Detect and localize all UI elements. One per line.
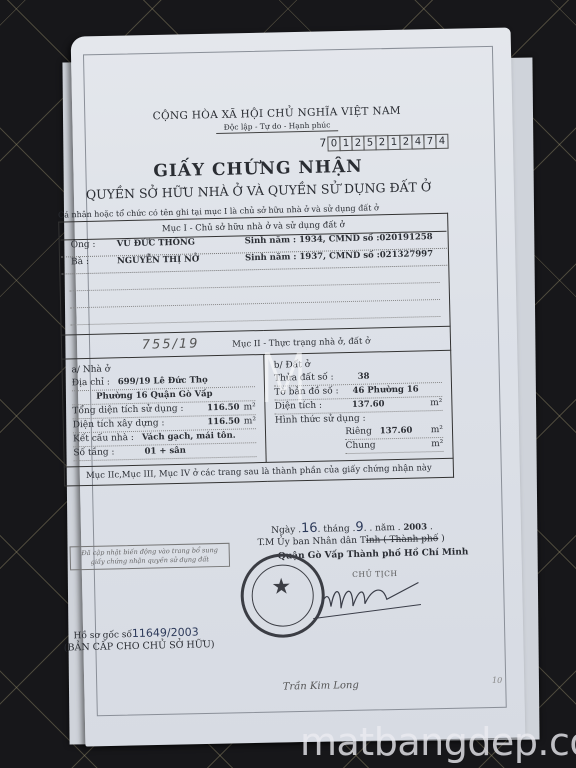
- district-line: Quận Gò Vấp Thành phố Hồ Chí Minh: [278, 547, 469, 561]
- site-watermark: matbangdep.com: [300, 720, 576, 764]
- signer-name: Trần Kim Long: [283, 680, 359, 693]
- house-column: a/ Nhà ở Địa chỉ :699/19 Lê Đức Thọ Phườ…: [62, 354, 267, 467]
- serial-number: 7 0125212474: [319, 134, 448, 152]
- copy-recipient: (BẢN CẤP CHO CHỦ SỞ HỮU): [64, 639, 215, 653]
- logo-watermark: M: [254, 340, 313, 419]
- update-note-box: Đã cập nhật biến động vào trang bổ sung …: [70, 543, 231, 571]
- signature-icon: [312, 574, 423, 622]
- page-mark: 10: [492, 676, 502, 685]
- handwritten-note: 755/19: [142, 336, 200, 352]
